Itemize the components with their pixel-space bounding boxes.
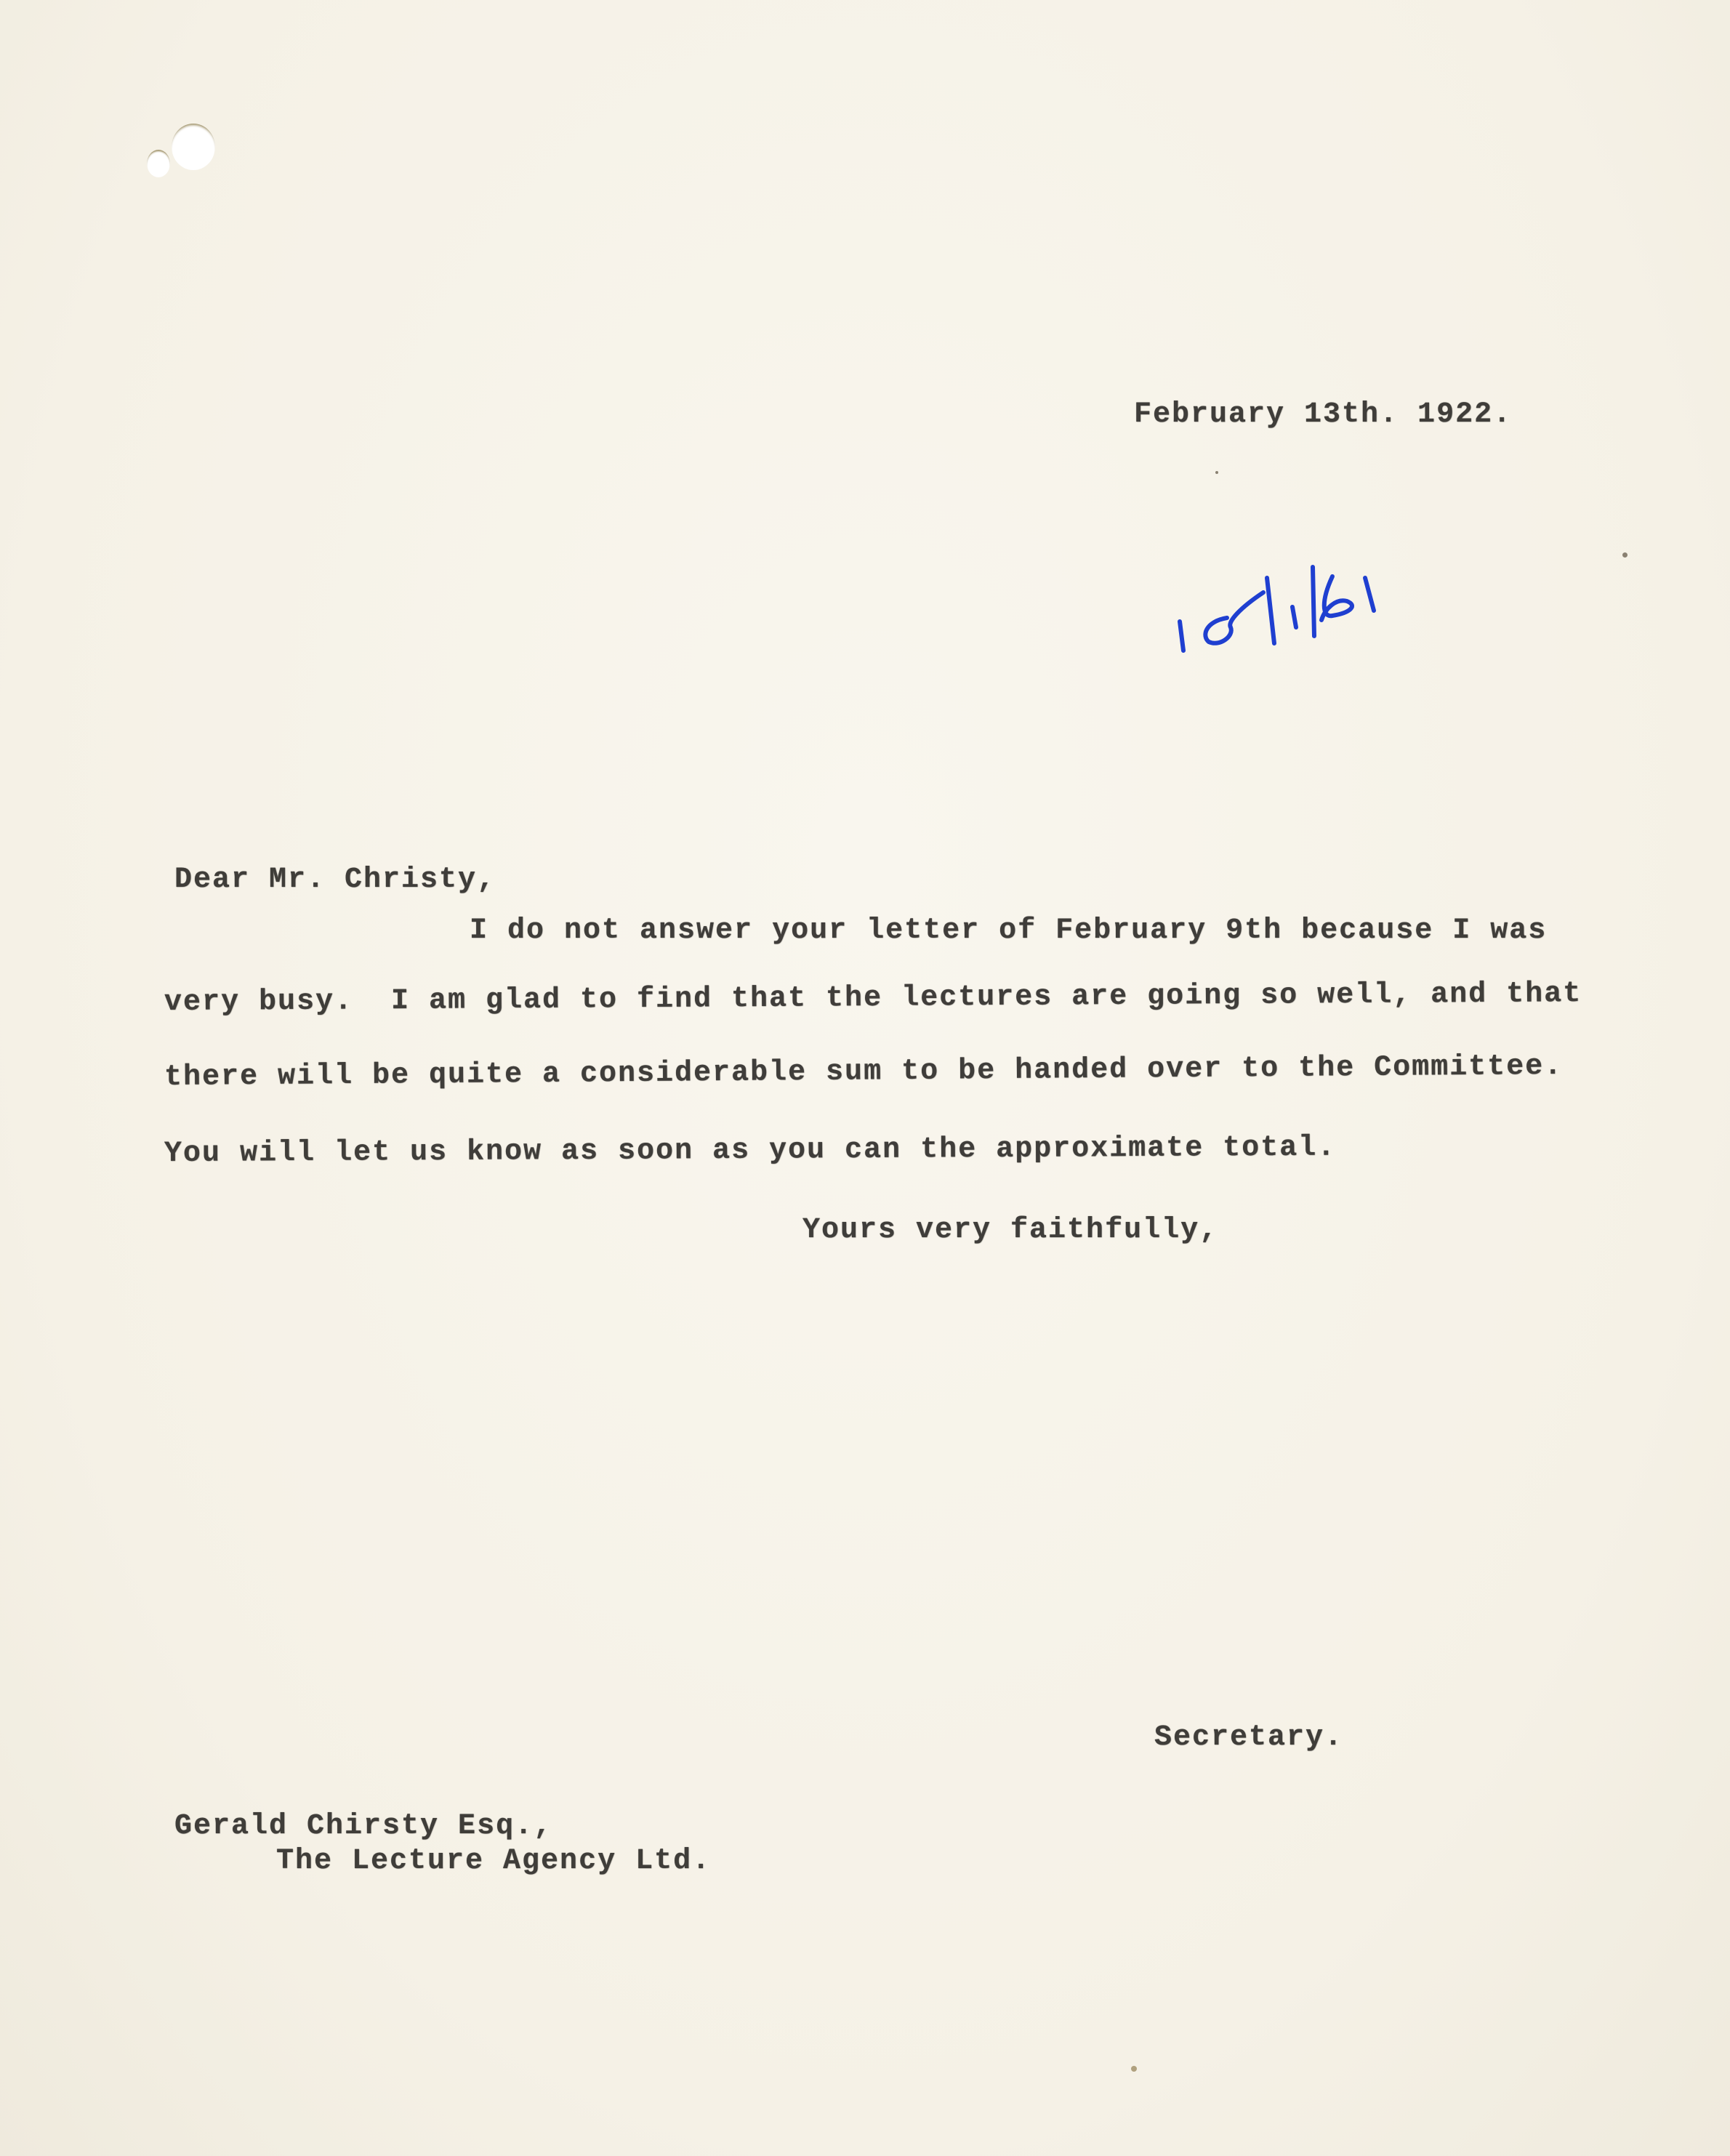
handwritten-archive-annotation [1176,563,1394,665]
body-line-4: You will let us know as soon as you can … [164,1132,1336,1170]
paper-speck [1131,2066,1137,2072]
signature-title: Secretary. [1154,1721,1343,1754]
body-line-1: I do not answer your letter of February … [470,914,1547,947]
recipient-organization: The Lecture Agency Ltd. [276,1845,711,1878]
paper-speck [1622,552,1628,558]
letter-date: February 13th. 1922. [1134,398,1512,431]
recipient-name: Gerald Chirsty Esq., [174,1810,552,1843]
punch-hole-large [172,124,215,170]
punch-hole-small [147,150,170,177]
paper-speck [1215,471,1218,474]
salutation: Dear Mr. Christy, [174,864,496,896]
closing: Yours very faithfully, [802,1214,1218,1247]
